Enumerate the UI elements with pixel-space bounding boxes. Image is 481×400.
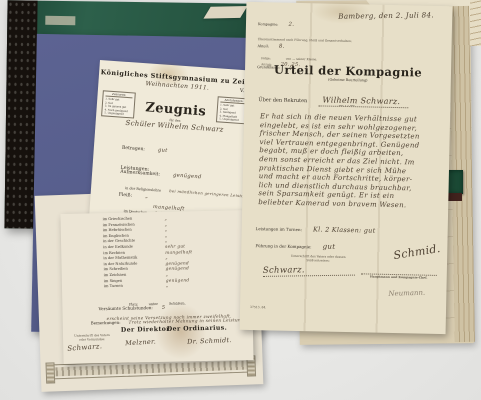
- subject-label: im Rechnen: [103, 250, 125, 254]
- album-spine: [4, 0, 37, 228]
- printer-mark: 37513. 84.: [250, 306, 266, 310]
- direktor-signature: Melzner.: [125, 337, 156, 347]
- chief-label: Hauptmann und Kompagnie-Chef.: [359, 275, 439, 280]
- subject-label: in der Religionslehre: [125, 186, 161, 193]
- subject-grade-handwriting: sehr gut: [165, 243, 185, 248]
- fuehrung-label: Führung in der Kompagnie:: [255, 243, 311, 249]
- subject-label: im Französischen: [103, 222, 135, 227]
- vater-signature: Schwarz.: [67, 342, 103, 353]
- zeugnis-field-row: Betragen: gut: [122, 134, 205, 159]
- urteil-document: Kompagnie: 2. Abteil: 8. Grundklasse: 9.…: [240, 2, 453, 334]
- tucked-paper-corner: [203, 6, 247, 19]
- header-field-label: Kompagnie:: [258, 22, 279, 26]
- photo-of-documents: Königliches Stiftsgymnasium zu Zeitz. We…: [0, 0, 481, 400]
- subject-label: im Hebräischen: [103, 228, 132, 233]
- subject-label: in der Erdkunde: [103, 244, 133, 249]
- turnen-label: Leistungen im Turnen:: [256, 226, 302, 232]
- vater-signature-handwriting: Schwarz.: [263, 265, 355, 277]
- ordinarius-label: Der Ordinarius.: [167, 325, 227, 333]
- direktor-label: Der Direktor.: [121, 326, 172, 334]
- field-value-handwriting: gut: [158, 147, 168, 154]
- subject-label: im Singen: [104, 278, 122, 282]
- subject-label: im Englischen: [103, 233, 129, 238]
- subject-grade-handwriting: „: [165, 227, 168, 232]
- subject-label: in der Mathematik: [103, 256, 137, 261]
- divider-flourish: —··—: [244, 101, 450, 111]
- urteil-date-handwriting: Bamberg, den 2. Juli 84.: [338, 10, 446, 21]
- evaluation-body: Er hat sich in die neuen Verhältnisse gu…: [258, 112, 438, 210]
- subject-list: im Griechischen „ im Französischen „ im …: [103, 217, 105, 290]
- ordinarius-signature: Dr. Schmidt.: [187, 336, 232, 346]
- chief-signature-handwriting: Schmid.: [393, 242, 442, 262]
- header-field-row: Kompagnie: 2.: [258, 10, 297, 30]
- subject-label: in der Geschichte: [103, 239, 135, 244]
- subject-grade-handwriting: genügend: [166, 266, 190, 271]
- vater-note-line2: Stellvertreters:: [279, 259, 357, 264]
- subject-grade-handwriting: „: [166, 272, 169, 277]
- subject-grade-handwriting: „: [166, 283, 169, 288]
- fuehrung-value-handwriting: gut: [323, 243, 336, 251]
- subject-label: im Schreiben: [104, 267, 128, 272]
- subject-grade-handwriting: „: [165, 221, 168, 226]
- subject-label: im Turnen: [104, 284, 123, 288]
- subject-grade-handwriting: „: [165, 233, 168, 238]
- album-small-label: [45, 16, 75, 25]
- subject-label: in der Naturkunde: [103, 261, 137, 266]
- subject-label: im Griechischen: [103, 217, 133, 222]
- subject-grade-handwriting: mangelhaft: [165, 249, 192, 255]
- fuehrung-row: Führung in der Kompagnie: gut: [255, 232, 335, 253]
- subject-grade-handwriting: „: [165, 216, 168, 221]
- subject-grade-handwriting: „: [165, 255, 168, 260]
- subject-value-handwriting: bei mündlichen geringeren Leistungen: ge…: [169, 188, 248, 201]
- subject-label: im Zeichnen: [104, 273, 127, 277]
- vater-note: Unterschrift des Vaters oder Vormundes:: [71, 334, 113, 342]
- subject-grade-handwriting: „: [165, 238, 168, 243]
- header-field-value-handwriting: 2.: [289, 22, 295, 28]
- pencil-signature: Neumann.: [388, 289, 425, 298]
- field-label: Betragen:: [122, 146, 145, 153]
- zeugnis-subjects-page: im Griechischen „ im Französischen „ im …: [60, 210, 253, 364]
- zeugnis-document: Königliches Stiftsgymnasium zu Zeitz. We…: [89, 60, 258, 231]
- subject-grade-handwriting: genügend: [166, 277, 190, 282]
